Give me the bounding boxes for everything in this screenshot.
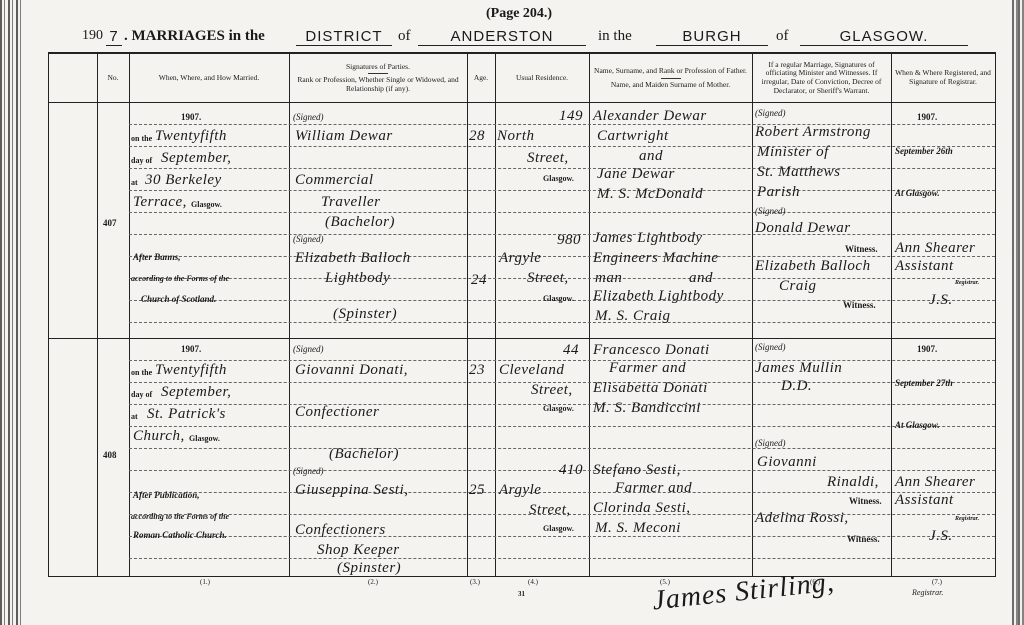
bride-residence-line2: Street, bbox=[529, 502, 571, 519]
how-married-church: Roman Catholic Church. bbox=[133, 530, 227, 540]
groom-occupation: Commercial bbox=[295, 172, 374, 189]
registered-date: September 27th bbox=[895, 378, 953, 388]
marriage-place-line2: Terrace, bbox=[133, 194, 187, 211]
marriage-day: Twentyfifth bbox=[155, 128, 227, 145]
marriage-place: St. Patrick's bbox=[147, 406, 226, 423]
marriage-city: Glasgow. bbox=[191, 200, 222, 209]
and-label: and bbox=[639, 148, 663, 165]
bride-mother-maiden: M. S. Meconi bbox=[595, 520, 681, 537]
minister-signature: James Mullin bbox=[755, 360, 842, 377]
groom-father-name: Francesco Donati bbox=[593, 342, 710, 359]
bride-mother-maiden: M. S. Craig bbox=[595, 308, 671, 325]
bride-residence: Argyle bbox=[499, 482, 541, 499]
marriage-month: September, bbox=[161, 150, 231, 167]
how-married-forms: according to the Forms of the bbox=[131, 512, 229, 521]
on-the-label: on the bbox=[131, 134, 152, 143]
witness-1-signature-line2: Rinaldi, bbox=[827, 474, 879, 491]
groom-status: (Bachelor) bbox=[329, 446, 399, 463]
groom-mother-maiden: M. S. Bandiccini bbox=[593, 400, 701, 417]
bride-signature: Elizabeth Balloch bbox=[295, 250, 411, 267]
marriage-place: 30 Berkeley bbox=[145, 172, 222, 189]
groom-residence-number: 149 bbox=[559, 108, 583, 125]
witness-2-signature-line2: Craig bbox=[779, 278, 817, 295]
marriage-day: Twentyfifth bbox=[155, 362, 227, 379]
registered-year: 1907. bbox=[917, 112, 937, 122]
in-the-label: in the bbox=[598, 28, 632, 45]
day-of-label: day of bbox=[131, 390, 152, 399]
groom-residence: North bbox=[497, 128, 535, 145]
bride-father-occupation: Farmer and bbox=[615, 480, 692, 497]
signed-label: (Signed) bbox=[293, 112, 324, 122]
district-label: DISTRICT bbox=[296, 28, 392, 46]
bride-residence-line2: Street, bbox=[527, 270, 569, 287]
bride-residence-city: Glasgow. bbox=[543, 524, 574, 533]
registrar-footer-label: Registrar. bbox=[912, 588, 943, 597]
column-number: (7.) bbox=[932, 578, 942, 586]
bride-mother-name: Elizabeth Lightbody bbox=[593, 288, 724, 305]
bride-residence-city: Glasgow. bbox=[543, 294, 574, 303]
register-title: 190 7 . MARRIAGES in the DISTRICT of AND… bbox=[82, 28, 972, 50]
marriages-label: . MARRIAGES in the bbox=[124, 28, 265, 45]
page-number: (Page 204.) bbox=[486, 6, 552, 22]
groom-residence-city: Glasgow. bbox=[543, 174, 574, 183]
marriage-register-table: No. When, Where, and How Married. Signat… bbox=[48, 52, 996, 577]
bride-residence: Argyle bbox=[499, 250, 541, 267]
year-digit: 7 bbox=[106, 28, 122, 46]
at-label: at bbox=[131, 412, 138, 421]
bride-mother-name: Clorinda Sesti, bbox=[593, 500, 691, 517]
and-label: and bbox=[689, 270, 713, 287]
bride-father-occupation-line2: man bbox=[595, 270, 622, 287]
how-married: After Publication, bbox=[133, 490, 200, 500]
col-header-residence: Usual Residence. bbox=[495, 54, 589, 102]
of-label-2: of bbox=[776, 28, 789, 45]
witness-2-signature: Adelina Rossi, bbox=[755, 510, 849, 527]
minister-parish-line2: Parish bbox=[757, 184, 800, 201]
groom-father-name: Alexander Dewar bbox=[593, 108, 707, 125]
groom-residence-number: 44 bbox=[563, 342, 579, 359]
signed-label: (Signed) bbox=[755, 342, 786, 352]
groom-mother-name: Elisabetta Donati bbox=[593, 380, 708, 397]
registrar-title: Assistant bbox=[895, 258, 954, 275]
column-number: (4.) bbox=[528, 578, 538, 586]
signed-label: (Signed) bbox=[293, 466, 324, 476]
minister-title: Minister of bbox=[757, 144, 829, 161]
col-header-no: No. bbox=[97, 54, 129, 102]
column-number: (3.) bbox=[470, 578, 480, 586]
col-header-parents: Name, Surname, and Rank or Profession of… bbox=[589, 54, 752, 102]
marriage-year: 1907. bbox=[181, 344, 201, 354]
bride-status: (Spinster) bbox=[333, 306, 397, 323]
marriage-year: 1907. bbox=[181, 112, 201, 122]
bride-residence-number: 980 bbox=[557, 232, 581, 249]
registered-place: At Glasgow. bbox=[895, 188, 940, 198]
groom-residence-line2: Street, bbox=[527, 150, 569, 167]
registered-place: At Glasgow. bbox=[895, 420, 940, 430]
groom-age: 23 bbox=[469, 362, 485, 379]
marriage-place-line2: Church, bbox=[133, 428, 185, 445]
marriage-city: Glasgow. bbox=[189, 434, 220, 443]
page-mark: 31 bbox=[518, 590, 525, 598]
registered-year: 1907. bbox=[917, 344, 937, 354]
entry-number: 408 bbox=[103, 450, 117, 460]
col-header-registered: When & Where Registered, and Signature o… bbox=[891, 54, 995, 102]
minister-signature: Robert Armstrong bbox=[755, 124, 871, 141]
registrar-signature: Ann Shearer bbox=[895, 474, 975, 491]
signed-label: (Signed) bbox=[755, 206, 786, 216]
col-header-officiant: If a regular Marriage, Signatures of off… bbox=[752, 54, 891, 102]
on-the-label: on the bbox=[131, 368, 152, 377]
registrar-initials: J.S. bbox=[929, 292, 953, 309]
marriage-month: September, bbox=[161, 384, 231, 401]
groom-age: 28 bbox=[469, 128, 485, 145]
groom-status: (Bachelor) bbox=[325, 214, 395, 231]
column-number: (1.) bbox=[200, 578, 210, 586]
burgh-label: BURGH bbox=[656, 28, 768, 46]
registrar-signature: Ann Shearer bbox=[895, 240, 975, 257]
groom-residence-city: Glasgow. bbox=[543, 404, 574, 413]
groom-mother-maiden: M. S. McDonald bbox=[597, 186, 703, 203]
witness-label: Witness. bbox=[849, 496, 882, 506]
witness-label: Witness. bbox=[843, 300, 876, 310]
witness-label: Witness. bbox=[847, 534, 880, 544]
registrar-title: Assistant bbox=[895, 492, 954, 509]
signed-label: (Signed) bbox=[293, 344, 324, 354]
col-header-parties-sub: Rank or Profession, Whether Single or Wi… bbox=[291, 76, 465, 93]
bride-residence-number: 410 bbox=[559, 462, 583, 479]
groom-signature: William Dewar bbox=[295, 128, 393, 145]
col-header-parents-title: Name, Surname, and Rank or Profession of… bbox=[594, 67, 747, 76]
column-number: (2.) bbox=[368, 578, 378, 586]
bride-father-name: Stefano Sesti, bbox=[593, 462, 681, 479]
how-married: After Banns, bbox=[133, 252, 181, 262]
groom-signature: Giovanni Donati, bbox=[295, 362, 408, 379]
bride-signature-line2: Lightbody bbox=[325, 270, 390, 287]
groom-father-occupation: Cartwright bbox=[597, 128, 669, 145]
day-of-label: day of bbox=[131, 156, 152, 165]
witness-1-signature: Giovanni bbox=[757, 454, 817, 471]
bride-occupation-line2: Shop Keeper bbox=[317, 542, 400, 559]
witness-1-signature: Donald Dewar bbox=[755, 220, 851, 237]
groom-residence-line2: Street, bbox=[531, 382, 573, 399]
bride-signature: Giuseppina Sesti, bbox=[295, 482, 409, 499]
how-married-church: Church of Scotland. bbox=[141, 294, 216, 304]
bride-age: 25 bbox=[469, 482, 485, 499]
col-header-parents-sub: Name, and Maiden Surname of Mother. bbox=[611, 81, 730, 90]
signed-label: (Signed) bbox=[293, 234, 324, 244]
witness-label: Witness. bbox=[845, 244, 878, 254]
signed-label: (Signed) bbox=[755, 438, 786, 448]
signed-label: (Signed) bbox=[755, 108, 786, 118]
registrar-label: Registrar. bbox=[955, 280, 979, 286]
groom-residence: Cleveland bbox=[499, 362, 564, 379]
of-label-1: of bbox=[398, 28, 411, 45]
groom-mother-name: Jane Dewar bbox=[597, 166, 675, 183]
bride-father-occupation: Engineers Machine bbox=[593, 250, 719, 267]
col-header-when: When, Where, and How Married. bbox=[129, 54, 289, 102]
groom-father-occupation: Farmer and bbox=[609, 360, 686, 377]
registrar-label: Registrar. bbox=[955, 516, 979, 522]
minister-parish: St. Matthews bbox=[757, 164, 841, 181]
book-binding-edge bbox=[0, 0, 22, 625]
col-header-age: Age. bbox=[467, 54, 495, 102]
col-header-parties-title: Signatures of Parties. bbox=[346, 63, 410, 72]
witness-2-signature: Elizabeth Balloch bbox=[755, 258, 871, 275]
burgh-name: GLASGOW. bbox=[800, 28, 968, 46]
bride-age: 24 bbox=[471, 272, 487, 289]
col-header-parties: Signatures of Parties. Rank or Professio… bbox=[289, 54, 467, 102]
district-name: ANDERSTON bbox=[418, 28, 586, 46]
registrar-initials: J.S. bbox=[929, 528, 953, 545]
page-edge bbox=[1012, 0, 1024, 625]
minister-title: D.D. bbox=[781, 378, 812, 395]
how-married-forms: according to the Forms of the bbox=[131, 274, 229, 283]
bride-occupation: Confectioners bbox=[295, 522, 386, 539]
bride-father-name: James Lightbody bbox=[593, 230, 703, 247]
at-label: at bbox=[131, 178, 138, 187]
entry-number: 407 bbox=[103, 218, 117, 228]
groom-occupation: Confectioner bbox=[295, 404, 379, 421]
year-prefix: 190 bbox=[82, 28, 103, 44]
groom-occupation-line2: Traveller bbox=[321, 194, 381, 211]
registered-date: September 26th bbox=[895, 146, 953, 156]
bride-status: (Spinster) bbox=[337, 560, 401, 577]
